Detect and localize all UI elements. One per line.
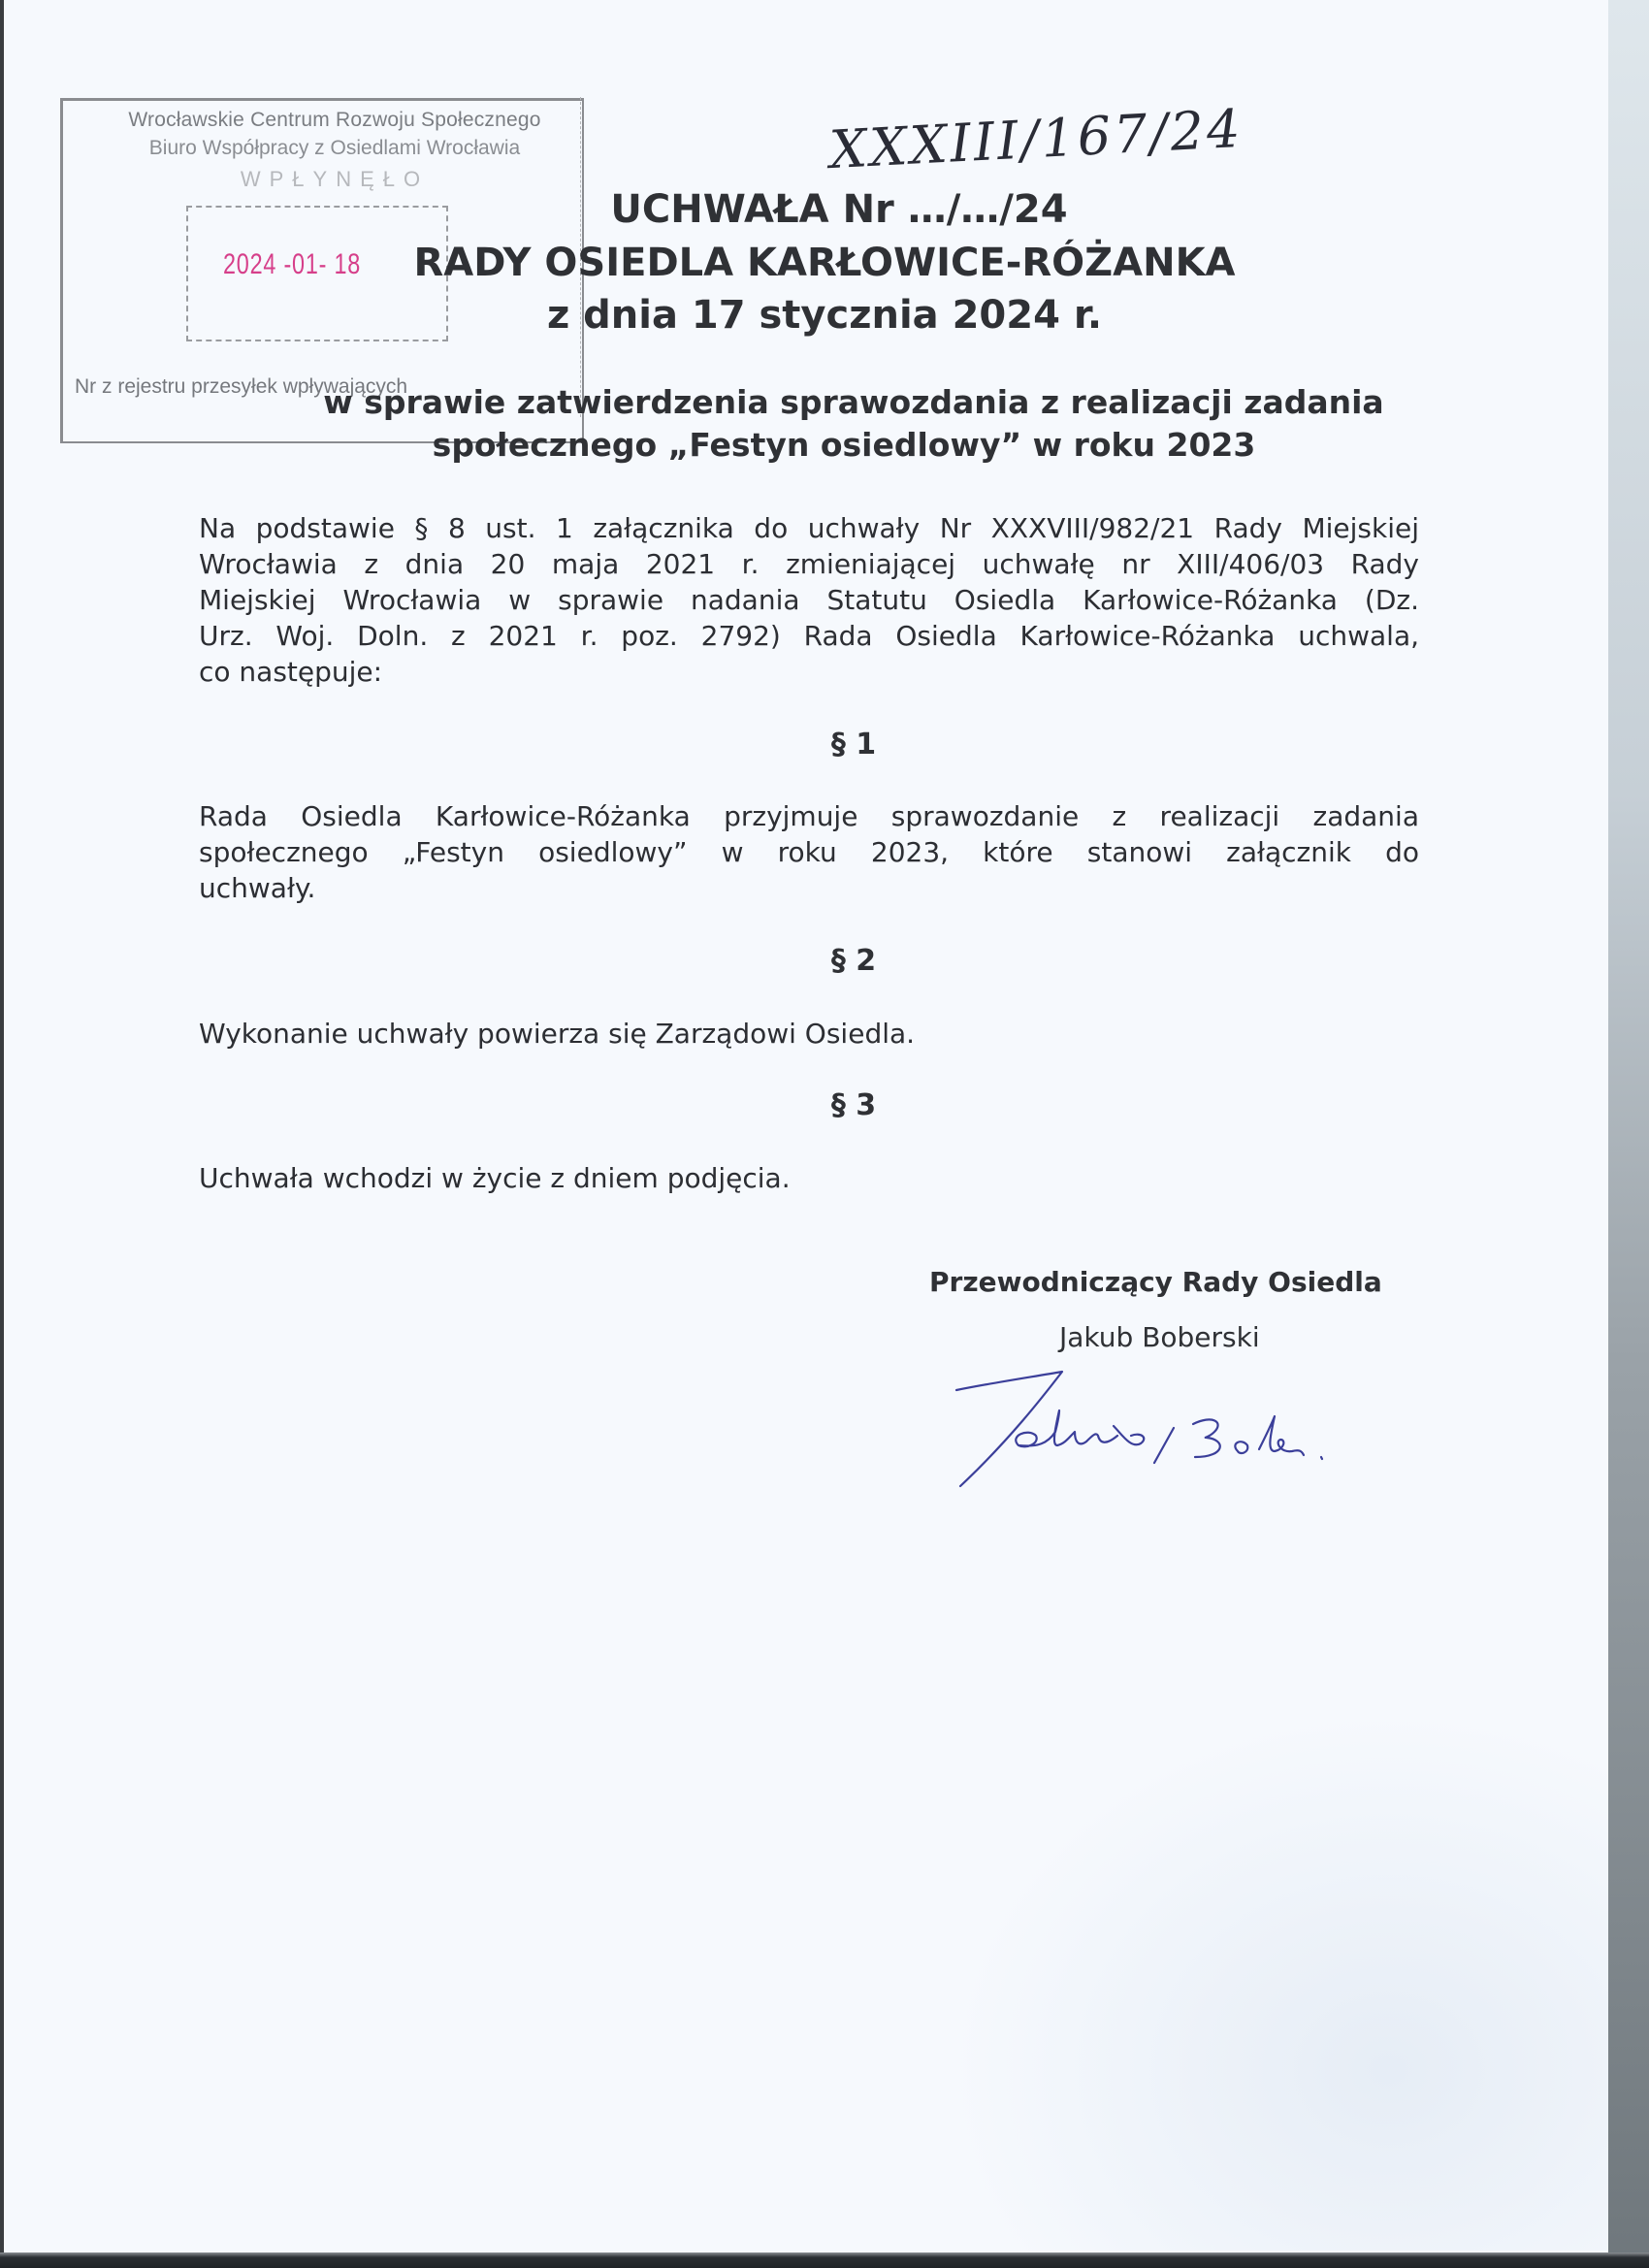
scan-bottom-band [0,2252,1649,2268]
stamp-department: Biuro Współpracy z Osiedlami Wrocławia [82,137,587,160]
resolution-title: UCHWAŁA Nr …/…/24 [0,184,1649,235]
section-line: uchwały. [199,870,1419,906]
section-2-mark: § 2 [0,944,1649,978]
section-1-mark: § 1 [0,728,1649,761]
stamp-organization: Wrocławskie Centrum Rozwoju Społecznego [82,109,587,132]
resolution-date: z dnia 17 stycznia 2024 r. [0,290,1649,340]
paper-shading [873,1649,1610,2251]
preamble: Na podstawie § 8 ust. 1 załącznika do uc… [199,510,1419,690]
resolution-subject-line-1: w sprawie zatwierdzenia sprawozdania z r… [0,381,1649,424]
preamble-line: Miejskiej Wrocławia w sprawie nadania St… [199,582,1419,618]
resolution-subject-line-2: społecznego „Festyn osiedlowy” w roku 20… [0,424,1649,467]
handwritten-signature-icon [951,1368,1397,1494]
signatory-name: Jakub Boberski [1059,1321,1260,1353]
handwritten-resolution-number: XXXIII/167/24 [828,98,1245,180]
preamble-line: Na podstawie § 8 ust. 1 załącznika do uc… [199,510,1419,546]
resolution-issuer: RADY OSIEDLA KARŁOWICE-RÓŻANKA [0,238,1649,288]
section-1-text: Rada Osiedla Karłowice-Różanka przyjmuje… [199,798,1419,906]
preamble-line: Wrocławia z dnia 20 maja 2021 r. zmienia… [199,546,1419,582]
section-line: Wykonanie uchwały powierza się Zarządowi… [199,1016,1419,1052]
section-line: Rada Osiedla Karłowice-Różanka przyjmuje… [199,798,1419,834]
section-2-text: Wykonanie uchwały powierza się Zarządowi… [199,1016,1419,1052]
preamble-line: Urz. Woj. Doln. z 2021 r. poz. 2792) Rad… [199,618,1419,654]
section-3-mark: § 3 [0,1088,1649,1122]
preamble-line: co następuje: [199,654,1419,690]
section-line: Uchwała wchodzi w życie z dniem podjęcia… [199,1160,1419,1196]
signatory-role: Przewodniczący Rady Osiedla [929,1266,1382,1298]
section-line: społecznego „Festyn osiedlowy” w roku 20… [199,834,1419,870]
section-3-text: Uchwała wchodzi w życie z dniem podjęcia… [199,1160,1419,1196]
